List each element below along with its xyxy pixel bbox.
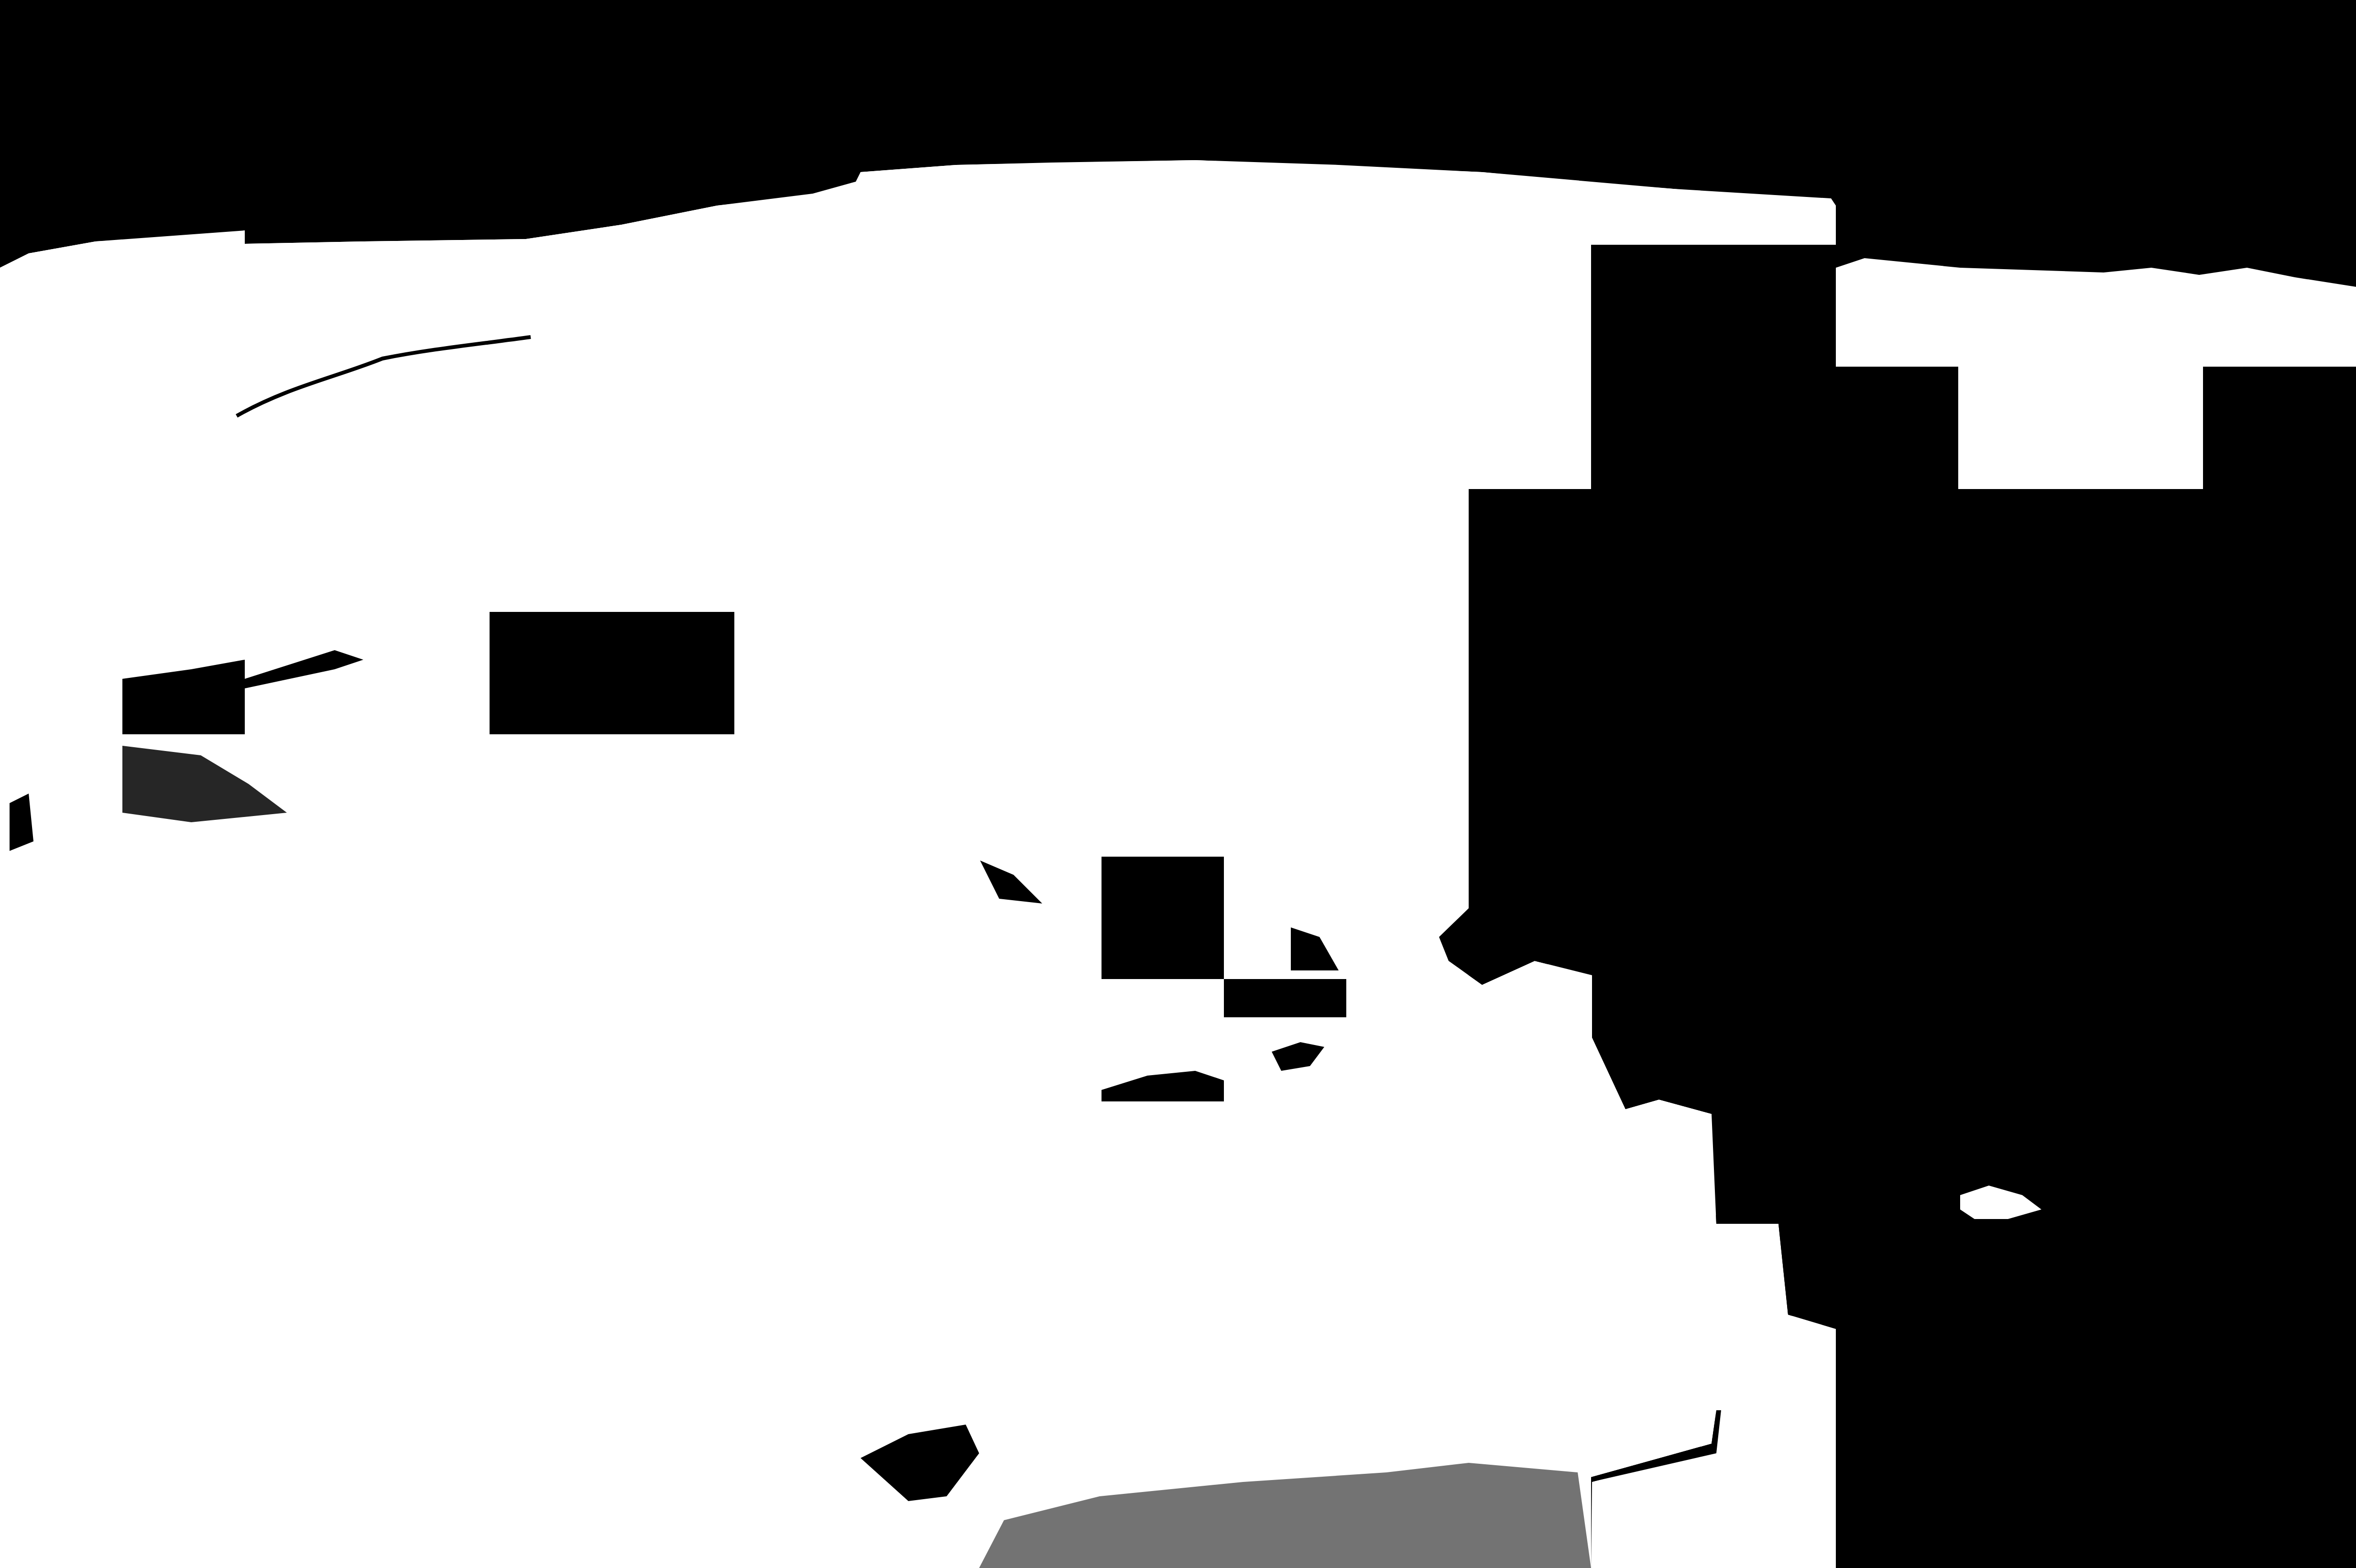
black-block-3 (1224, 979, 1346, 1017)
white-tile-right (1958, 367, 2203, 489)
black-tile-upper (1591, 245, 1836, 489)
black-tile-upper-3 (2203, 367, 2356, 489)
speckle-tile-left (1469, 367, 1591, 489)
black-tile-upper-2 (1836, 367, 1958, 489)
binary-mask-image (0, 0, 2356, 1568)
black-block-2 (1102, 857, 1224, 979)
